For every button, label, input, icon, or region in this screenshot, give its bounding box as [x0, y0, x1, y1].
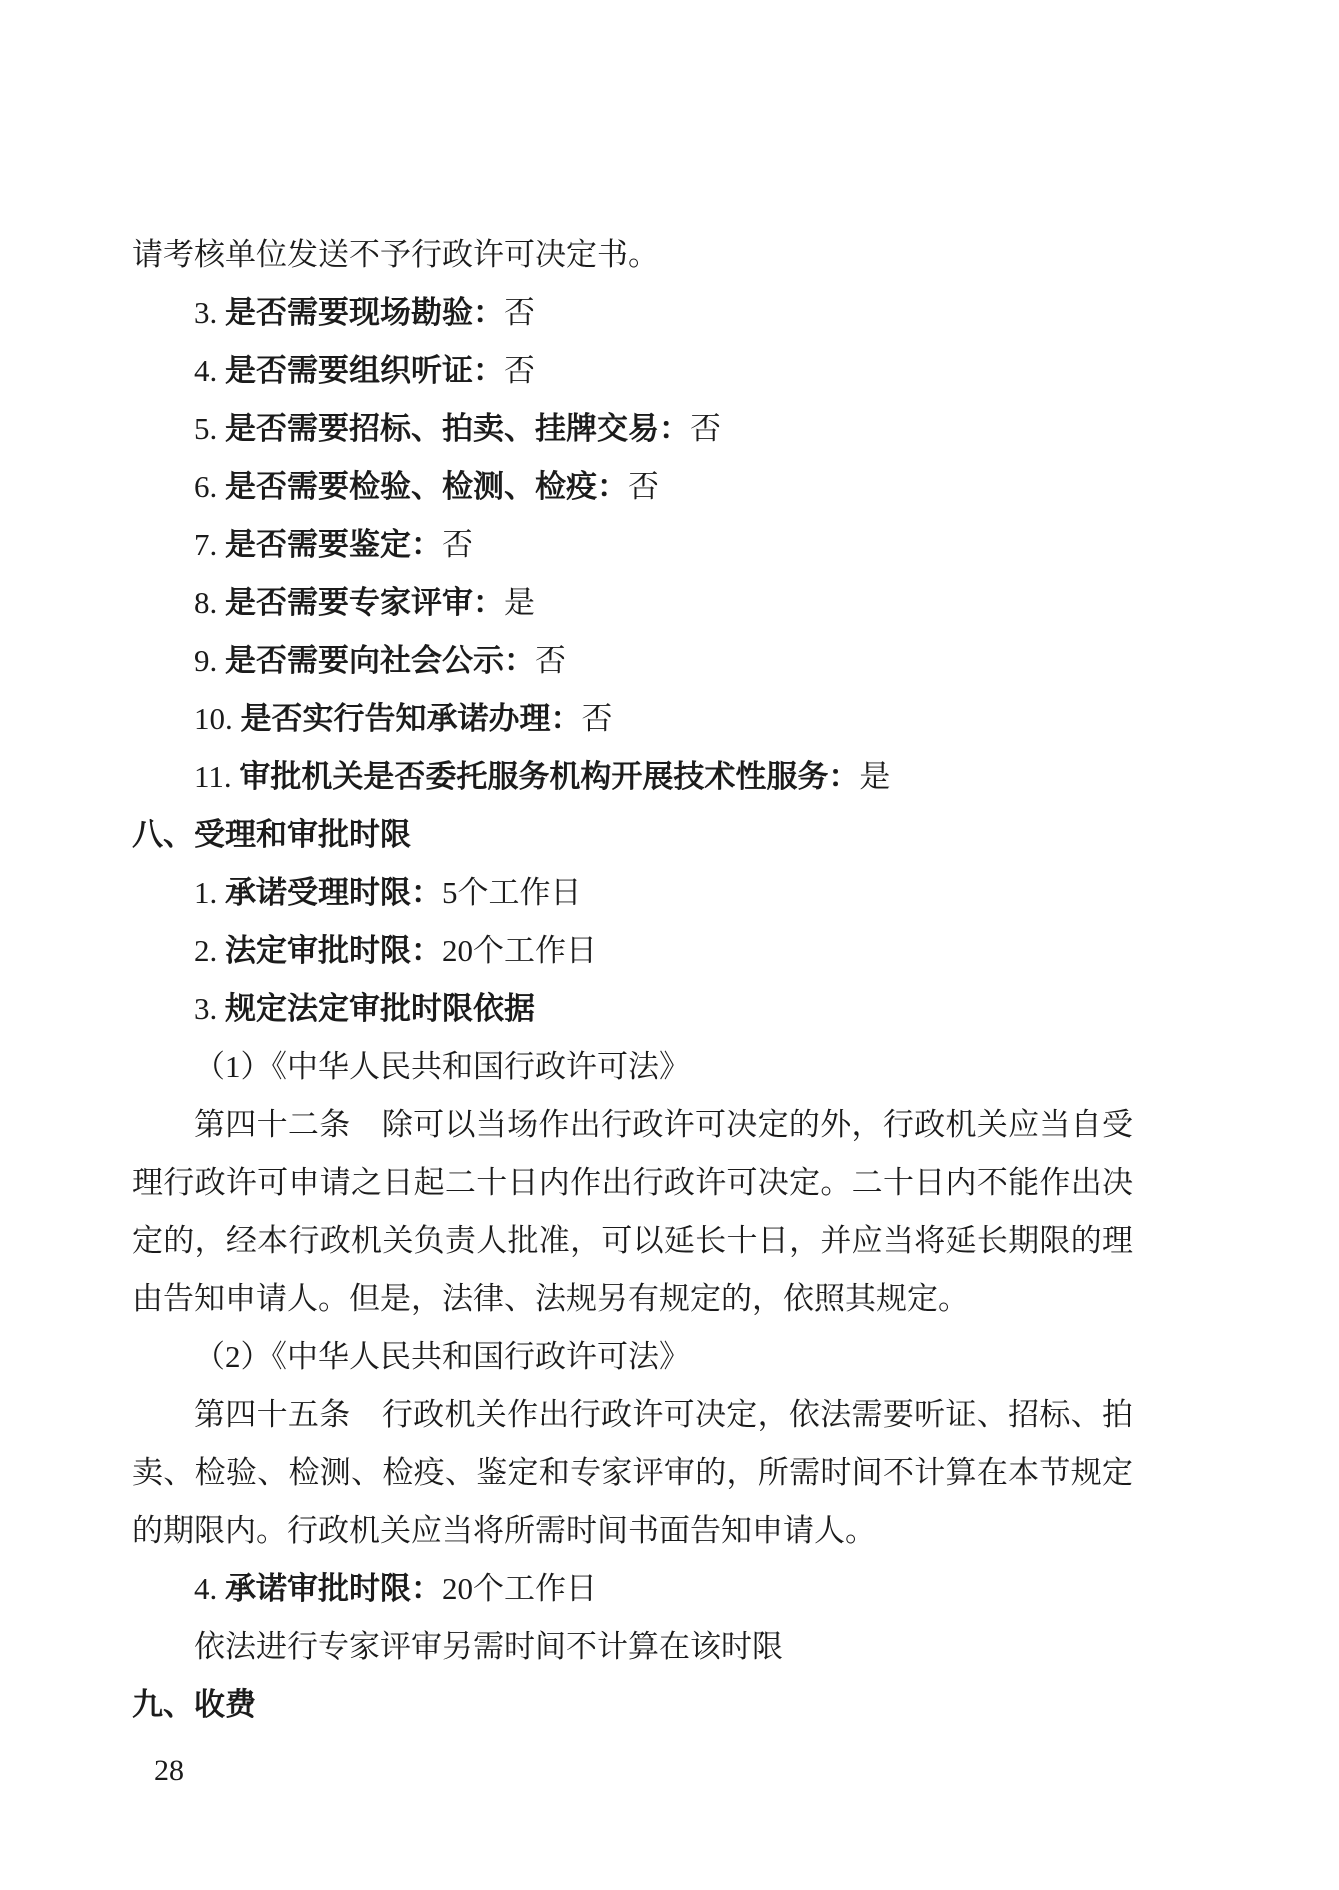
- item-6: 6. 是否需要检验、检测、检疫：否: [132, 458, 1133, 516]
- article-45-line-2: 卖、检验、检测、检疫、鉴定和专家评审的，所需时间不计算在本节规定: [132, 1444, 1133, 1502]
- body-text: 第四十五条 行政机关作出行政许可决定，依法需要听证、招标、拍: [194, 1397, 1133, 1432]
- document-body: 请考核单位发送不予行政许可决定书。3. 是否需要现场勘验：否4. 是否需要组织听…: [132, 226, 1133, 1734]
- body-text: 否: [442, 527, 473, 562]
- body-text: 的期限内。行政机关应当将所需时间书面告知申请人。: [132, 1513, 876, 1548]
- label-text: 是否需要专家评审：: [225, 585, 504, 620]
- note-line: 依法进行专家评审另需时间不计算在该时限: [132, 1618, 1133, 1676]
- body-text: 卖、检验、检测、检疫、鉴定和专家评审的，所需时间不计算在本节规定: [132, 1455, 1133, 1490]
- article-45-line-1: 第四十五条 行政机关作出行政许可决定，依法需要听证、招标、拍: [132, 1386, 1133, 1444]
- ref-1: （1）《中华人民共和国行政许可法》: [132, 1038, 1133, 1096]
- article-42-line-2: 理行政许可申请之日起二十日内作出行政许可决定。二十日内不能作出决: [132, 1154, 1133, 1212]
- body-text: 3.: [194, 295, 225, 330]
- body-text: 5个工作日: [442, 875, 582, 910]
- label-text: 是否需要检验、检测、检疫：: [225, 469, 628, 504]
- item-9: 9. 是否需要向社会公示：否: [132, 632, 1133, 690]
- body-text: 4.: [194, 1571, 225, 1606]
- body-text: 4.: [194, 353, 225, 388]
- body-text: （1）《中华人民共和国行政许可法》: [194, 1049, 690, 1084]
- body-text: 定的，经本行政机关负责人批准，可以延长十日，并应当将延长期限的理: [132, 1223, 1133, 1258]
- label-text: 九、收费: [132, 1687, 256, 1722]
- item-3: 3. 是否需要现场勘验：否: [132, 284, 1133, 342]
- body-text: 否: [535, 643, 566, 678]
- body-text: 否: [504, 353, 535, 388]
- body-text: 20个工作日: [442, 933, 597, 968]
- label-text: 是否需要向社会公示：: [225, 643, 535, 678]
- label-text: 法定审批时限：: [225, 933, 442, 968]
- body-text: 1.: [194, 875, 225, 910]
- label-text: 是否需要组织听证：: [225, 353, 504, 388]
- intro-line: 请考核单位发送不予行政许可决定书。: [132, 226, 1133, 284]
- body-text: 10.: [194, 701, 241, 736]
- item-5: 5. 是否需要招标、拍卖、挂牌交易：否: [132, 400, 1133, 458]
- page-number: 28: [154, 1752, 184, 1790]
- body-text: 否: [504, 295, 535, 330]
- label-text: 是否需要鉴定：: [225, 527, 442, 562]
- label-text: 承诺受理时限：: [225, 875, 442, 910]
- item-8-2: 2. 法定审批时限：20个工作日: [132, 922, 1133, 980]
- body-text: 2.: [194, 933, 225, 968]
- section-9-heading: 九、收费: [132, 1676, 1133, 1734]
- body-text: 6.: [194, 469, 225, 504]
- body-text: 第四十二条 除可以当场作出行政许可决定的外，行政机关应当自受: [194, 1107, 1133, 1142]
- label-text: 审批机关是否委托服务机构开展技术性服务：: [239, 759, 859, 794]
- body-text: （2）《中华人民共和国行政许可法》: [194, 1339, 690, 1374]
- body-text: 3.: [194, 991, 225, 1026]
- label-text: 八、受理和审批时限: [132, 817, 411, 852]
- item-8: 8. 是否需要专家评审：是: [132, 574, 1133, 632]
- label-text: 承诺审批时限：: [225, 1571, 442, 1606]
- article-45-line-3: 的期限内。行政机关应当将所需时间书面告知申请人。: [132, 1502, 1133, 1560]
- body-text: 依法进行专家评审另需时间不计算在该时限: [194, 1629, 783, 1664]
- item-8-3: 3. 规定法定审批时限依据: [132, 980, 1133, 1038]
- item-7: 7. 是否需要鉴定：否: [132, 516, 1133, 574]
- body-text: 理行政许可申请之日起二十日内作出行政许可决定。二十日内不能作出决: [132, 1165, 1133, 1200]
- item-8-1: 1. 承诺受理时限：5个工作日: [132, 864, 1133, 922]
- article-42-line-3: 定的，经本行政机关负责人批准，可以延长十日，并应当将延长期限的理: [132, 1212, 1133, 1270]
- item-10: 10. 是否实行告知承诺办理：否: [132, 690, 1133, 748]
- body-text: 否: [628, 469, 659, 504]
- body-text: 8.: [194, 585, 225, 620]
- label-text: 规定法定审批时限依据: [225, 991, 535, 1026]
- body-text: 5.: [194, 411, 225, 446]
- body-text: 7.: [194, 527, 225, 562]
- label-text: 是否实行告知承诺办理：: [241, 701, 582, 736]
- section-8-heading: 八、受理和审批时限: [132, 806, 1133, 864]
- document-page: 请考核单位发送不予行政许可决定书。3. 是否需要现场勘验：否4. 是否需要组织听…: [0, 0, 1339, 1890]
- body-text: 是: [859, 759, 890, 794]
- body-text: 是: [504, 585, 535, 620]
- body-text: 由告知申请人。但是，法律、法规另有规定的，依照其规定。: [132, 1281, 969, 1316]
- article-42-line-4: 由告知申请人。但是，法律、法规另有规定的，依照其规定。: [132, 1270, 1133, 1328]
- ref-2: （2）《中华人民共和国行政许可法》: [132, 1328, 1133, 1386]
- item-11: 11. 审批机关是否委托服务机构开展技术性服务：是: [132, 748, 1133, 806]
- body-text: 20个工作日: [442, 1571, 597, 1606]
- body-text: 9.: [194, 643, 225, 678]
- body-text: 否: [582, 701, 613, 736]
- label-text: 是否需要现场勘验：: [225, 295, 504, 330]
- article-42-line-1: 第四十二条 除可以当场作出行政许可决定的外，行政机关应当自受: [132, 1096, 1133, 1154]
- body-text: 11.: [194, 759, 239, 794]
- item-8-4: 4. 承诺审批时限：20个工作日: [132, 1560, 1133, 1618]
- label-text: 是否需要招标、拍卖、挂牌交易：: [225, 411, 690, 446]
- body-text: 否: [690, 411, 721, 446]
- item-4: 4. 是否需要组织听证：否: [132, 342, 1133, 400]
- body-text: 请考核单位发送不予行政许可决定书。: [132, 237, 659, 272]
